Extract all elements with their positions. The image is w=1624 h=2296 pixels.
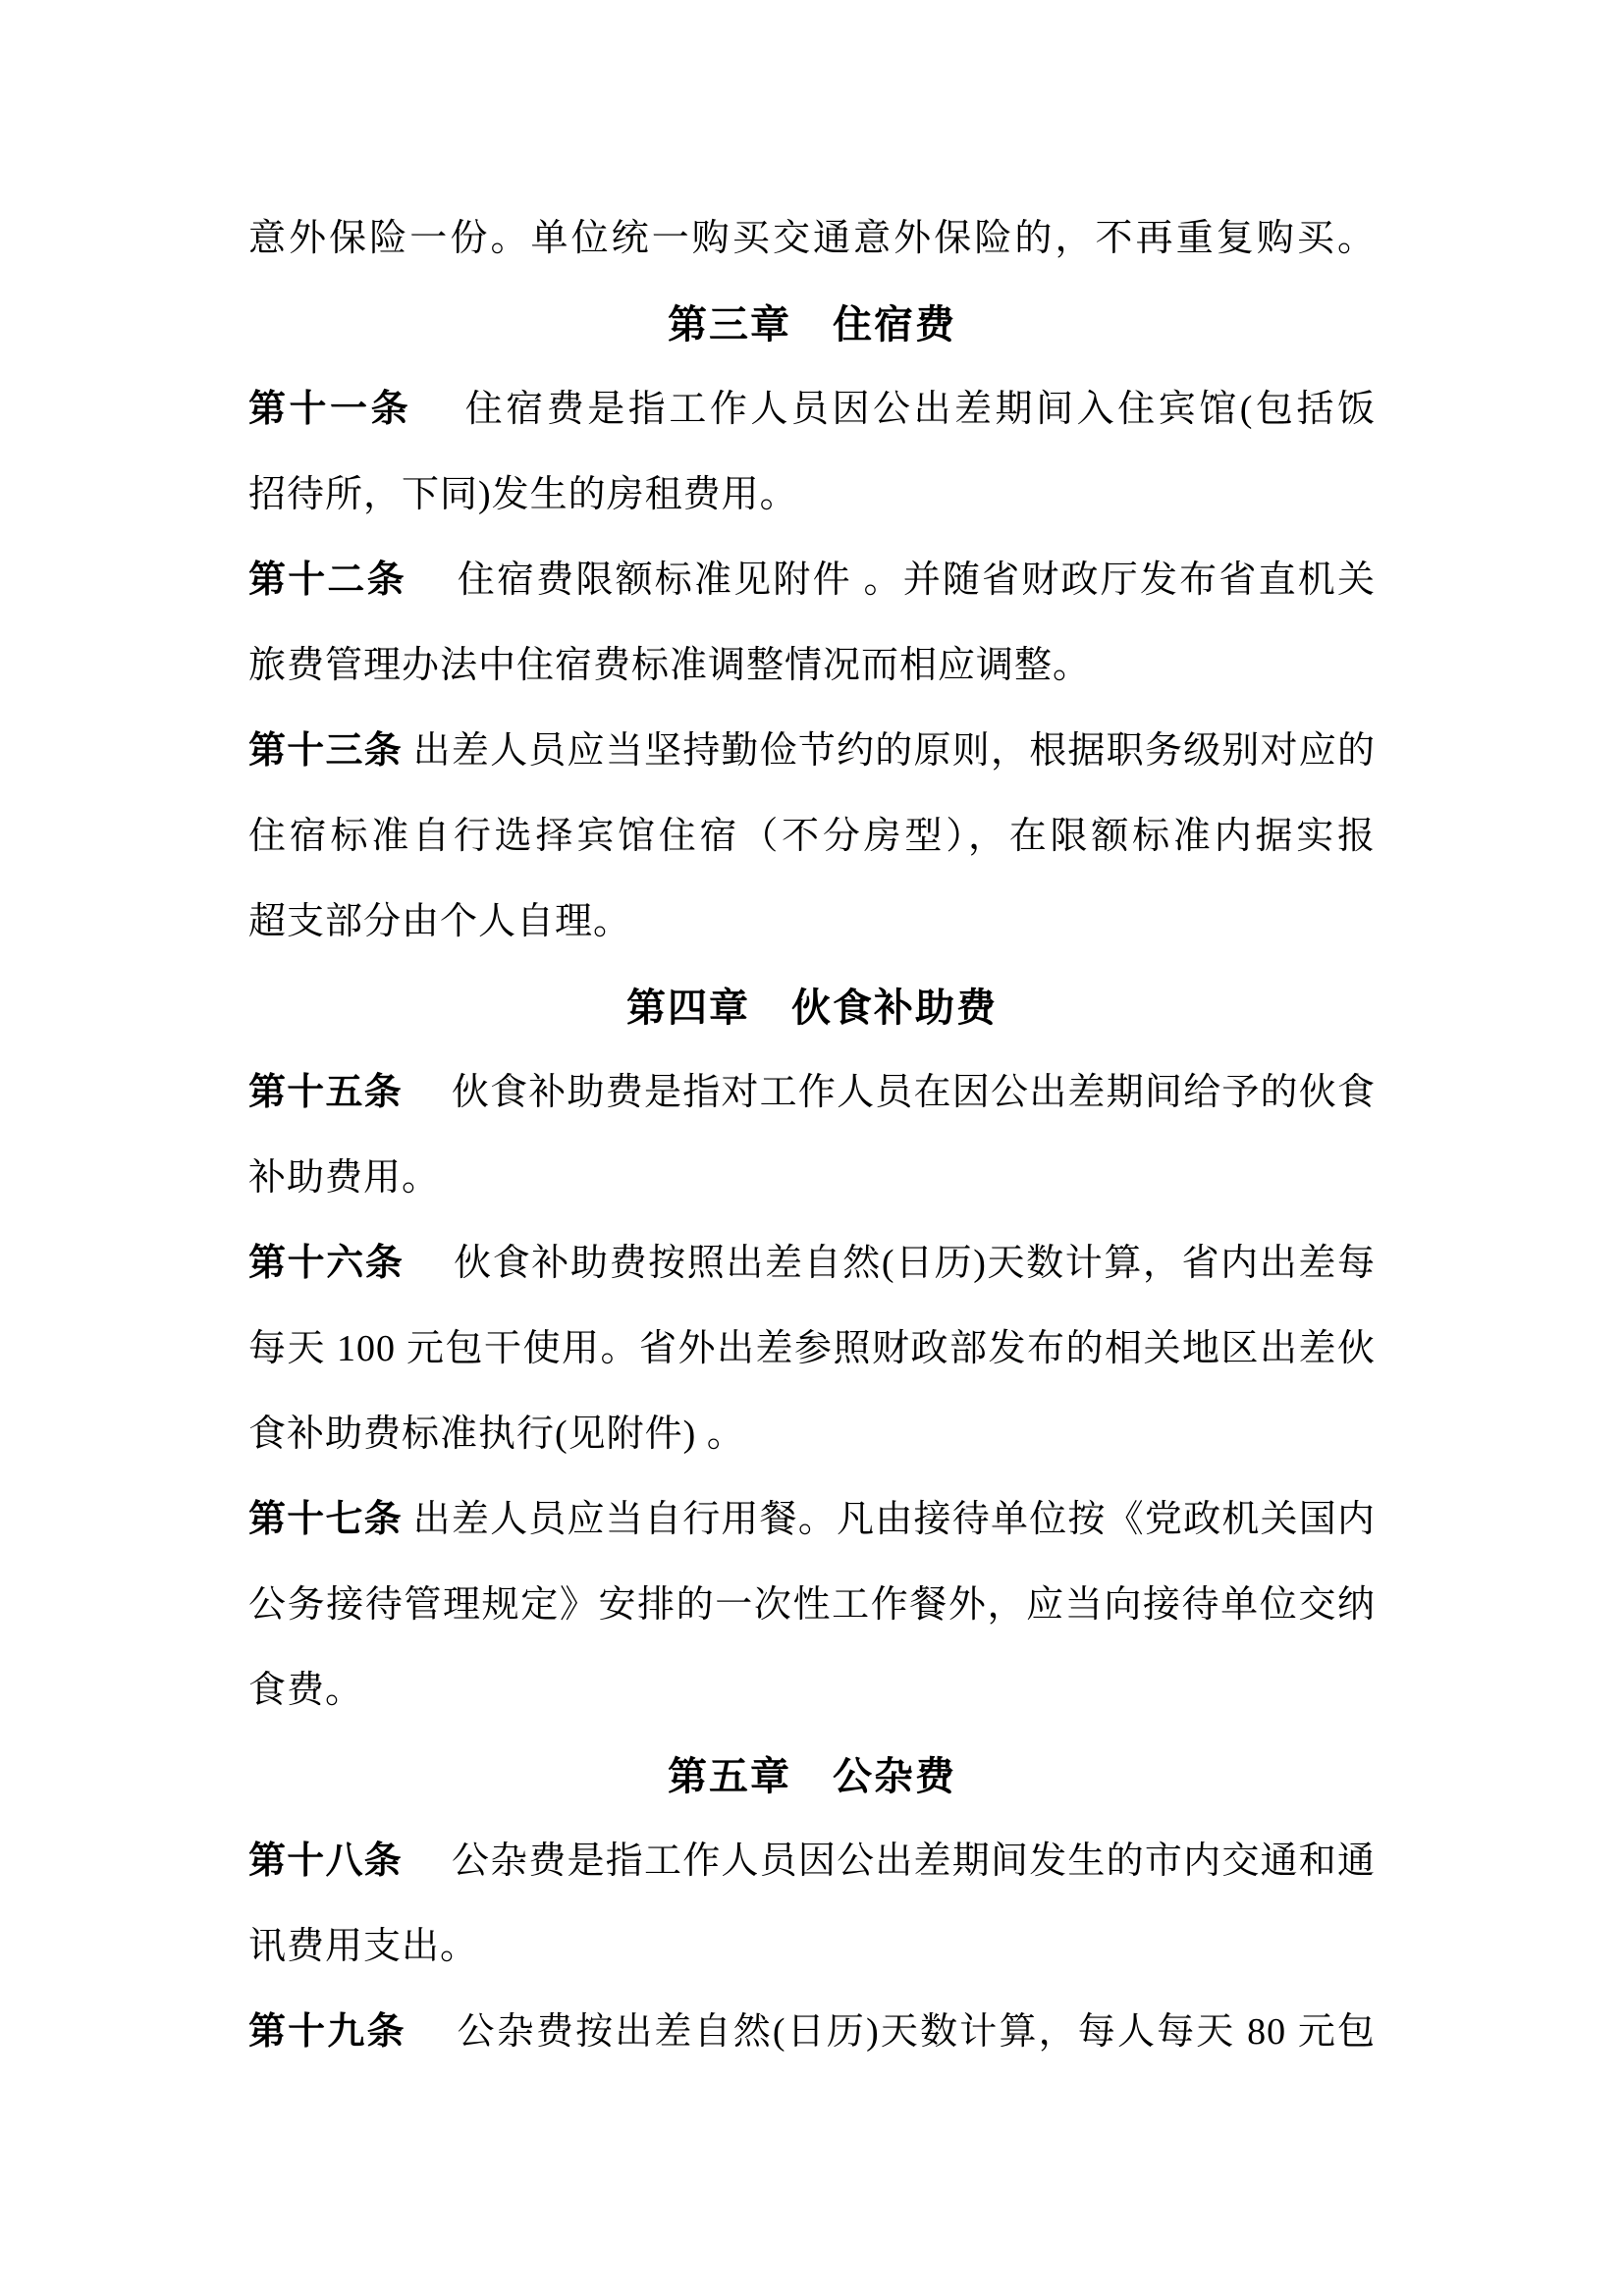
paragraph-line: 食费。 <box>248 1648 1376 1734</box>
paragraph-line: 第十八条 公杂费是指工作人员因公出差期间发生的市内交通和通 <box>248 1819 1376 1904</box>
line-text: 招待所，下同)发生的房租费用。 <box>248 474 798 515</box>
line-text: 补助费用。 <box>248 1157 440 1199</box>
line-text: 意外保险一份。单位统一购买交通意外保险的，不再重复购买。 <box>248 218 1376 259</box>
paragraph-line: 食补助费标准执行(见附件) 。 <box>248 1392 1376 1477</box>
chapter-heading-text: 第三章 住宿费 <box>668 302 956 347</box>
chapter-heading-text: 第四章 伙食补助费 <box>626 986 998 1030</box>
paragraph-line: 公务接待管理规定》安排的一次性工作餐外，应当向接待单位交纳伙 <box>248 1563 1376 1648</box>
chapter-heading: 第五章 公杂费 <box>248 1734 1376 1819</box>
article-number: 第十六条 <box>248 1243 404 1284</box>
chapter-heading: 第三章 住宿费 <box>248 282 1376 367</box>
chapter-heading-text: 第五章 公杂费 <box>668 1754 956 1798</box>
paragraph-line: 意外保险一份。单位统一购买交通意外保险的，不再重复购买。 <box>248 196 1376 282</box>
line-text: 公杂费按出差自然(日历)天数计算，每人每天 80 元包干 <box>248 2011 1376 2075</box>
article-number: 第十八条 <box>248 1841 403 1882</box>
line-text: 伙食补助费是指对工作人员在因公出差期间给予的伙食 <box>403 1072 1376 1113</box>
paragraph-line: 第十七条 出差人员应当自行用餐。凡由接待单位按《党政机关国内 <box>248 1477 1376 1563</box>
line-text: 公杂费是指工作人员因公出差期间发生的市内交通和通 <box>403 1841 1376 1882</box>
chapter-heading: 第四章 伙食补助费 <box>248 965 1376 1050</box>
paragraph-line: 旅费管理办法中住宿费标准调整情况而相应调整。 <box>248 623 1376 709</box>
line-text: 每天 100 元包干使用。省外出差参照财政部发布的相关地区出差伙 <box>248 1328 1376 1369</box>
article-number: 第十二条 <box>248 560 406 601</box>
line-text: 食费。 <box>248 1670 363 1711</box>
line-text: 讯费用支出。 <box>248 1926 478 1967</box>
paragraph-line: 第十一条 住宿费是指工作人员因公出差期间入住宾馆(包括饭店、 <box>248 367 1376 453</box>
article-number: 第十九条 <box>248 2011 406 2053</box>
article-number: 第十五条 <box>248 1072 403 1113</box>
paragraph-line: 第十三条 出差人员应当坚持勤俭节约的原则，根据职务级别对应的 <box>248 709 1376 794</box>
line-text: 住宿费是指工作人员因公出差期间入住宾馆(包括饭店、 <box>248 389 1376 453</box>
article-number: 第十三条 <box>248 730 403 772</box>
line-text: 住宿费限额标准见附件 。并随省财政厅发布省直机关差 <box>248 560 1376 623</box>
paragraph-line: 超支部分由个人自理。 <box>248 880 1376 965</box>
paragraph-line: 第十六条 伙食补助费按照出差自然(日历)天数计算，省内出差每人 <box>248 1221 1376 1307</box>
line-text: 住宿标准自行选择宾馆住宿（不分房型），在限额标准内据实报销， <box>248 816 1376 880</box>
line-text: 出差人员应当自行用餐。凡由接待单位按《党政机关国内 <box>403 1499 1376 1540</box>
article-number: 第十七条 <box>248 1499 403 1540</box>
line-text: 出差人员应当坚持勤俭节约的原则，根据职务级别对应的 <box>403 730 1376 772</box>
paragraph-line: 第十五条 伙食补助费是指对工作人员在因公出差期间给予的伙食 <box>248 1050 1376 1136</box>
paragraph-line: 第十九条 公杂费按出差自然(日历)天数计算，每人每天 80 元包干 <box>248 1990 1376 2075</box>
document-page: 意外保险一份。单位统一购买交通意外保险的，不再重复购买。 第三章 住宿费 第十一… <box>0 0 1624 2296</box>
line-text: 伙食补助费按照出差自然(日历)天数计算，省内出差每人 <box>248 1243 1376 1307</box>
paragraph-line: 每天 100 元包干使用。省外出差参照财政部发布的相关地区出差伙 <box>248 1307 1376 1392</box>
paragraph-line: 第十二条 住宿费限额标准见附件 。并随省财政厅发布省直机关差 <box>248 538 1376 623</box>
paragraph-line: 招待所，下同)发生的房租费用。 <box>248 453 1376 538</box>
paragraph-line: 讯费用支出。 <box>248 1904 1376 1990</box>
line-text: 公务接待管理规定》安排的一次性工作餐外，应当向接待单位交纳伙 <box>248 1584 1376 1648</box>
line-text: 超支部分由个人自理。 <box>248 901 631 942</box>
line-text: 食补助费标准执行(见附件) 。 <box>248 1414 745 1455</box>
paragraph-line: 补助费用。 <box>248 1136 1376 1221</box>
paragraph-line: 住宿标准自行选择宾馆住宿（不分房型），在限额标准内据实报销， <box>248 794 1376 880</box>
text-column: 意外保险一份。单位统一购买交通意外保险的，不再重复购买。 第三章 住宿费 第十一… <box>248 196 1376 2075</box>
line-text: 旅费管理办法中住宿费标准调整情况而相应调整。 <box>248 645 1091 686</box>
article-number: 第十一条 <box>248 389 411 430</box>
